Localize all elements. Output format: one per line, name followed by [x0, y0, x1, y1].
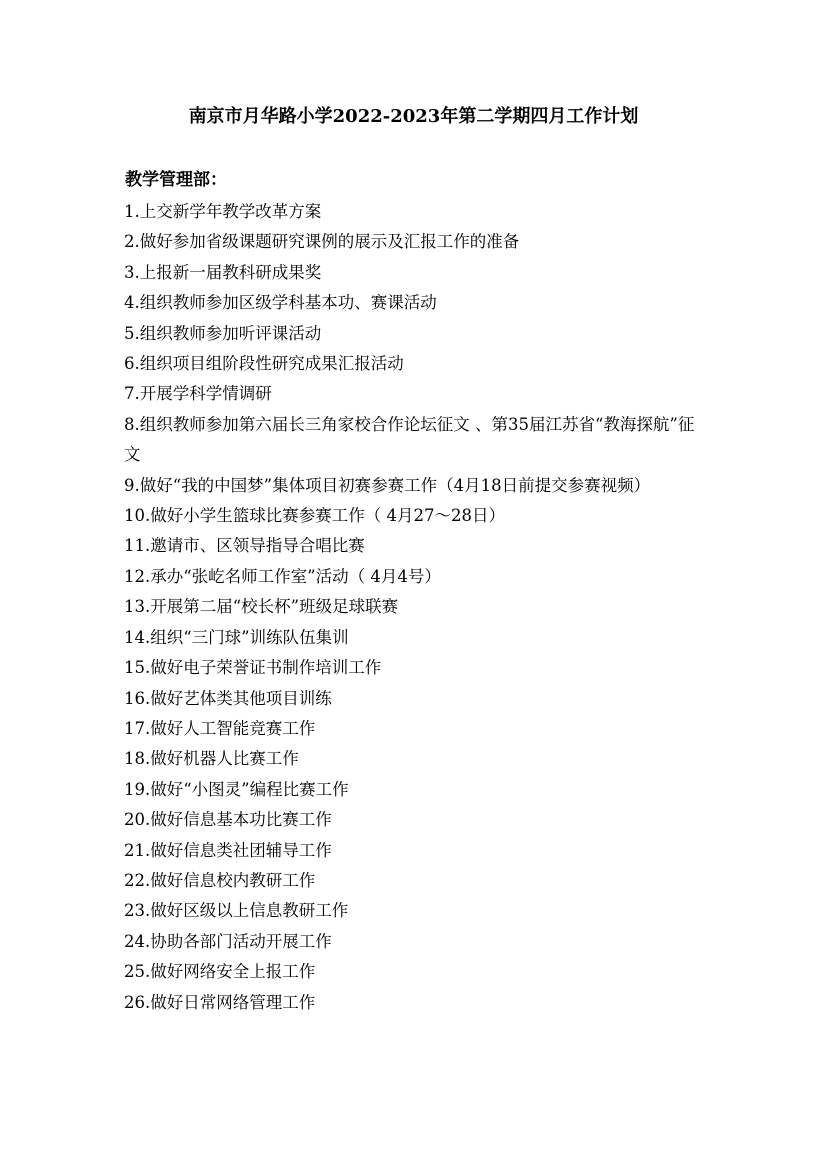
document-page: 南京市月华路小学2022-2023年第二学期四月工作计划 教学管理部： 1.上交… — [0, 0, 827, 1170]
list-item: 11.邀请市、区领导指导合唱比赛 — [124, 531, 704, 561]
list-item: 25.做好网络安全上报工作 — [124, 957, 704, 987]
list-item: 7.开展学科学情调研 — [124, 379, 704, 409]
list-item: 17.做好人工智能竞赛工作 — [124, 714, 704, 744]
list-item: 24.协助各部门活动开展工作 — [124, 927, 704, 957]
list-item: 26.做好日常网络管理工作 — [124, 988, 704, 1018]
list-item: 12.承办“张屹名师工作室”活动（ 4月4号） — [124, 562, 704, 592]
list-item: 14.组织“三门球”训练队伍集训 — [124, 623, 704, 653]
list-item: 4.组织教师参加区级学科基本功、赛课活动 — [124, 288, 704, 318]
list-item: 15.做好电子荣誉证书制作培训工作 — [124, 653, 704, 683]
list-item: 5.组织教师参加听评课活动 — [124, 319, 704, 349]
list-item: 1.上交新学年教学改革方案 — [124, 197, 704, 227]
list-item: 9.做好“我的中国梦”集体项目初赛参赛工作（4月18日前提交参赛视频） — [124, 471, 704, 501]
section-heading: 教学管理部： — [125, 168, 227, 192]
list-item: 18.做好机器人比赛工作 — [124, 744, 704, 774]
document-title: 南京市月华路小学2022-2023年第二学期四月工作计划 — [0, 104, 827, 130]
list-item: 16.做好艺体类其他项目训练 — [124, 684, 704, 714]
list-item: 22.做好信息校内教研工作 — [124, 866, 704, 896]
list-item: 19.做好“小图灵”编程比赛工作 — [124, 775, 704, 805]
list-item: 13.开展第二届“校长杯”班级足球联赛 — [124, 592, 704, 622]
list-item: 21.做好信息类社团辅导工作 — [124, 836, 704, 866]
list-item: 20.做好信息基本功比赛工作 — [124, 805, 704, 835]
list-item: 2.做好参加省级课题研究课例的展示及汇报工作的准备 — [124, 227, 704, 257]
list-item: 10.做好小学生篮球比赛参赛工作（ 4月27～28日） — [124, 501, 704, 531]
list-item: 23.做好区级以上信息教研工作 — [124, 896, 704, 926]
list-item: 8.组织教师参加第六届长三角家校合作论坛征文 、第35届江苏省“教海探航”征文 — [124, 410, 704, 471]
list-item: 6.组织项目组阶段性研究成果汇报活动 — [124, 349, 704, 379]
work-plan-list: 1.上交新学年教学改革方案 2.做好参加省级课题研究课例的展示及汇报工作的准备 … — [124, 197, 704, 1018]
list-item: 3.上报新一届教科研成果奖 — [124, 258, 704, 288]
